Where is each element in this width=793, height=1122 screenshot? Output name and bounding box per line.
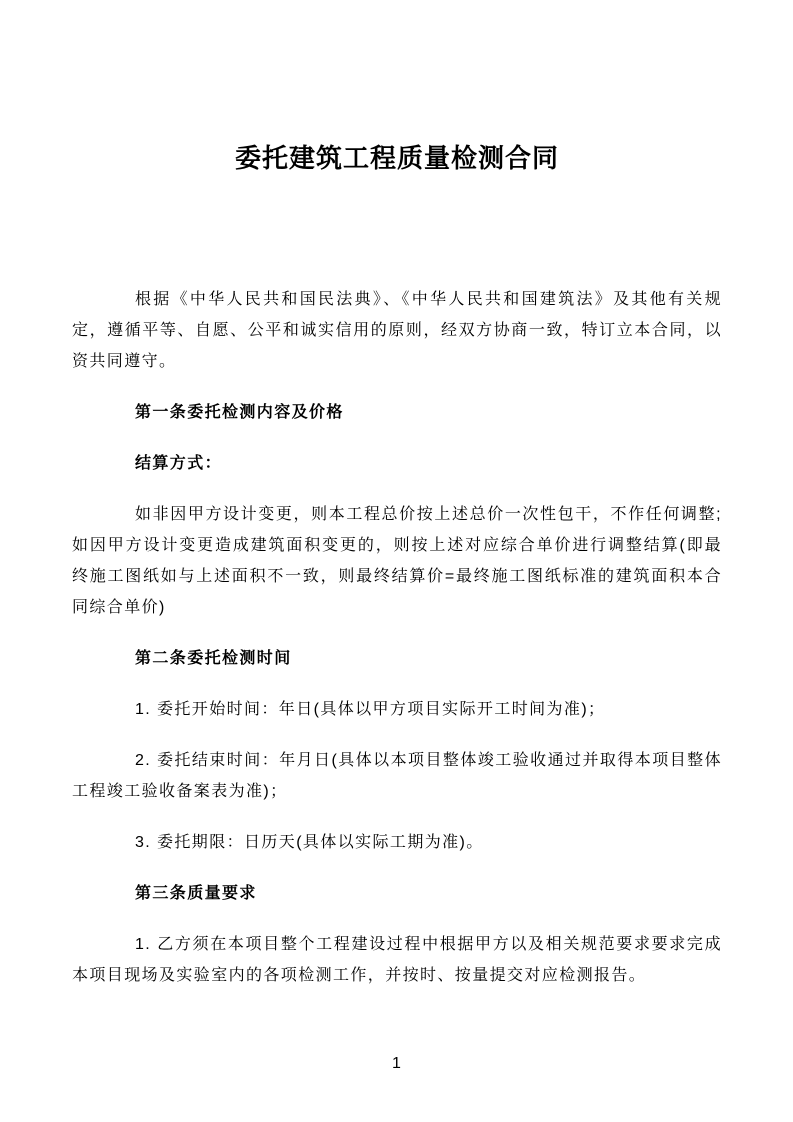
- item-commission-end-time: 2. 委托结束时间：年月日(具体以本项目整体竣工验收通过并取得本项目整体工程竣工…: [72, 745, 722, 807]
- document-content: 委托建筑工程质量检测合同 根据《中华人民共和国民法典》、《中华人民共和国建筑法》…: [72, 0, 722, 991]
- settlement-method-subheading: 结算方式：: [72, 448, 722, 479]
- intro-paragraph: 根据《中华人民共和国民法典》、《中华人民共和国建筑法》及其他有关规定，遵循平等、…: [72, 284, 722, 377]
- document-title: 委托建筑工程质量检测合同: [72, 140, 722, 176]
- settlement-paragraph: 如非因甲方设计变更，则本工程总价按上述总价一次性包干，不作任何调整;如因甲方设计…: [72, 499, 722, 623]
- quality-requirement-paragraph: 1. 乙方须在本项目整个工程建设过程中根据甲方以及相关规范要求要求完成本项目现场…: [72, 929, 722, 991]
- item-commission-duration: 3. 委托期限：日历天(具体以实际工期为准)。: [72, 827, 722, 858]
- document-page: 委托建筑工程质量检测合同 根据《中华人民共和国民法典》、《中华人民共和国建筑法》…: [0, 0, 793, 1122]
- item-commission-start-time: 1. 委托开始时间：年日(具体以甲方项目实际开工时间为准)；: [72, 694, 722, 725]
- page-number: 1: [0, 1048, 793, 1079]
- section-2-heading: 第二条委托检测时间: [72, 643, 722, 674]
- section-3-heading: 第三条质量要求: [72, 878, 722, 909]
- section-1-heading: 第一条委托检测内容及价格: [72, 397, 722, 428]
